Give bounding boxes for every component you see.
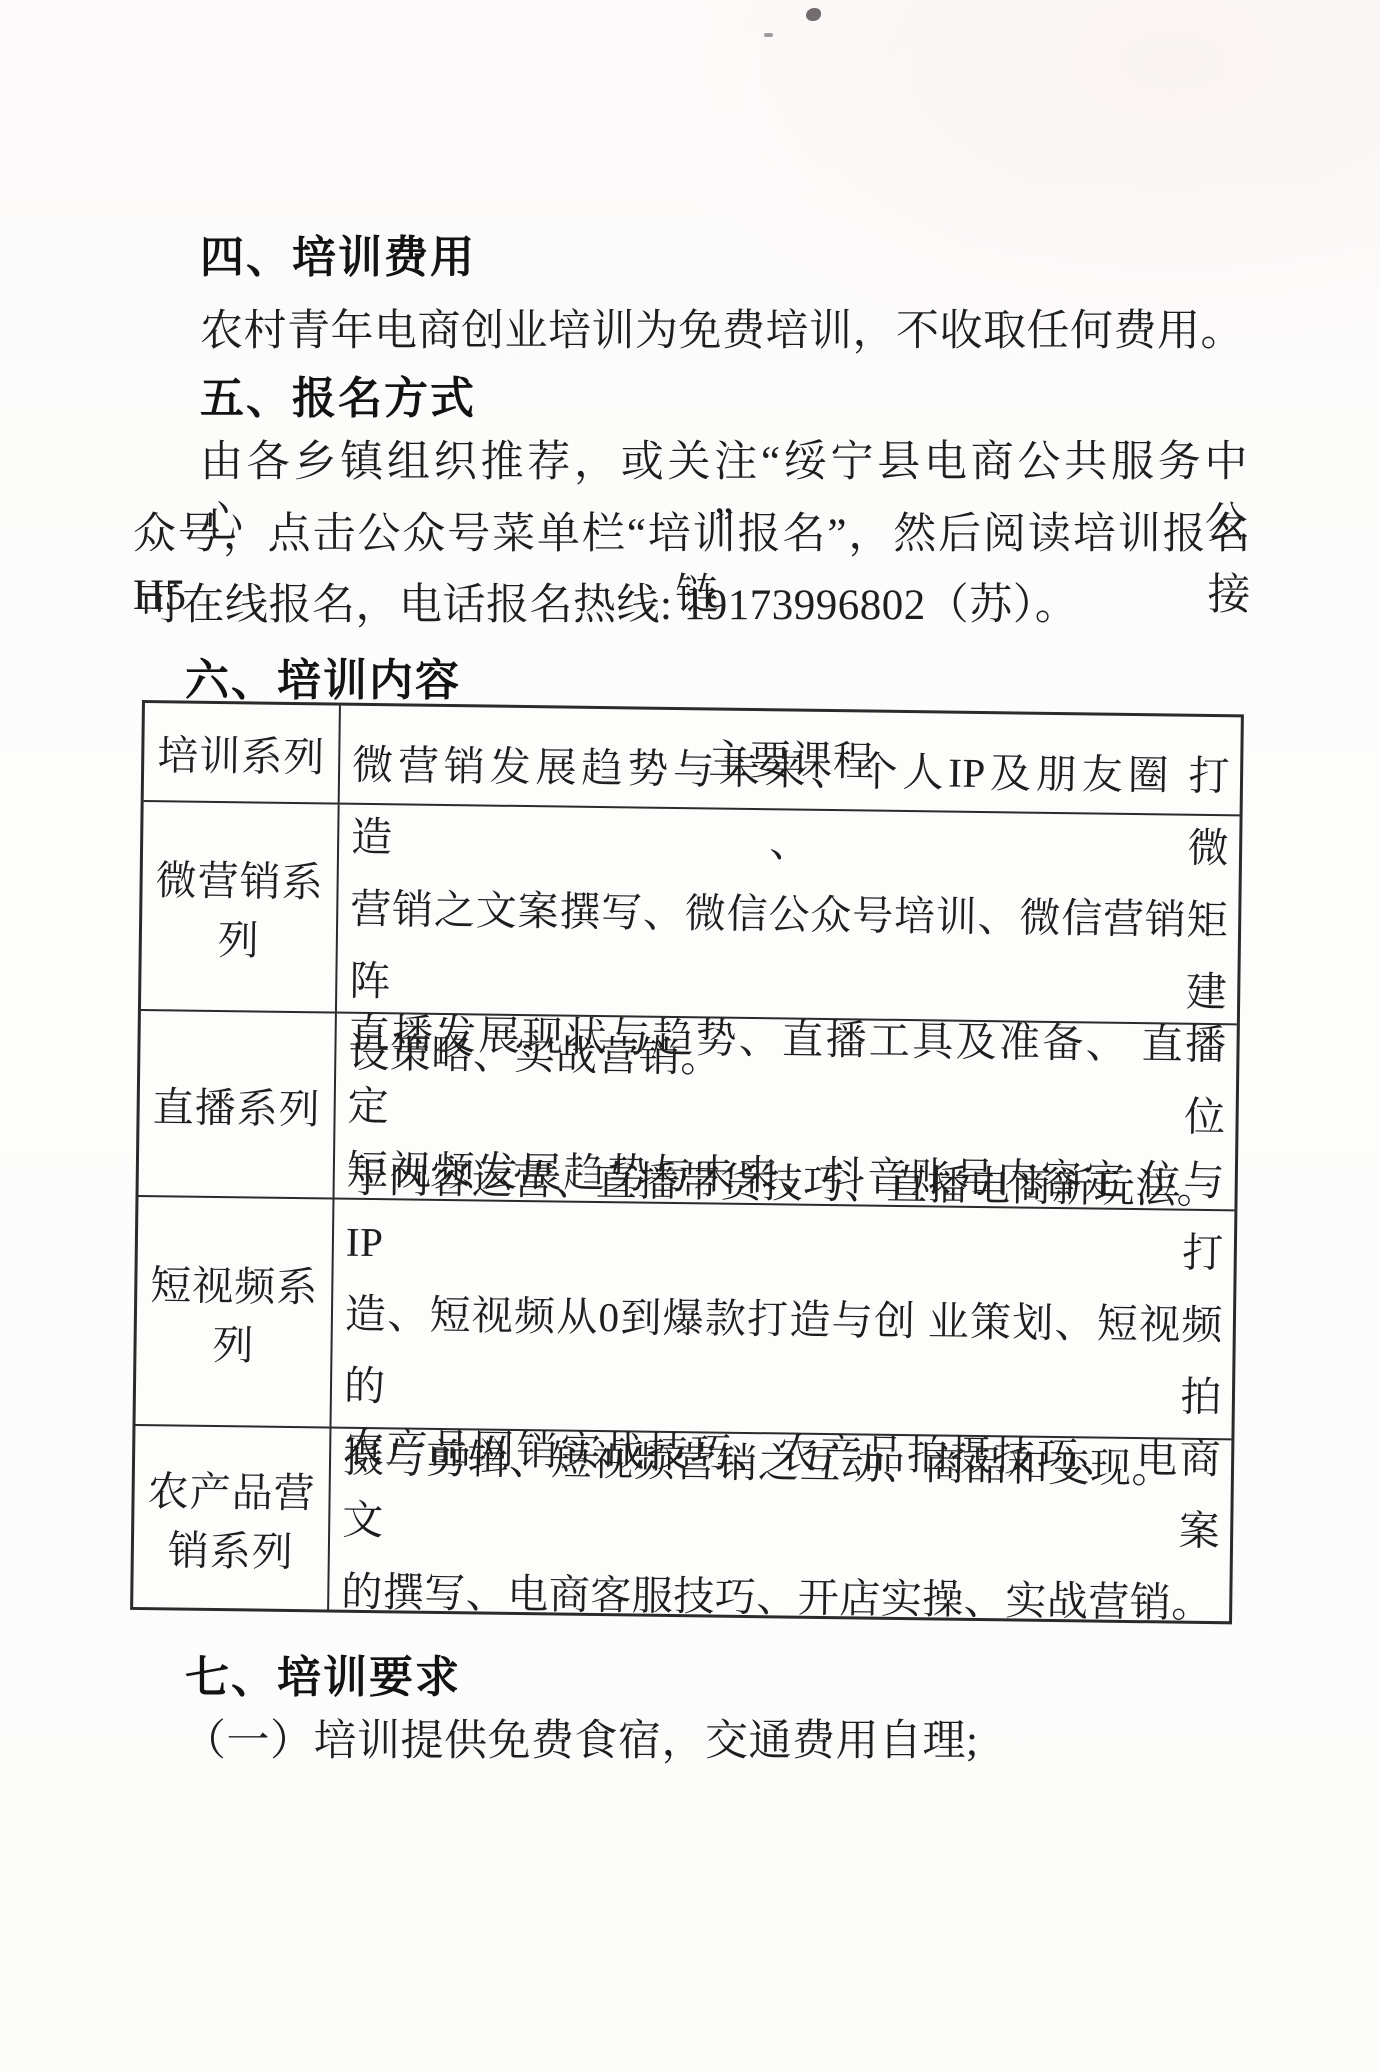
- course-line: 农产品网销实战技巧、农产品拍摄技巧、 电商文案: [342, 1411, 1222, 1566]
- series-cell: 微营销系列: [141, 802, 340, 1012]
- table-row: 微营销系列 微营销发展趋势与未来、个人IP及朋友圈 打造、微 营销之文案撰写、微…: [141, 800, 1240, 1023]
- scan-speck: [806, 8, 821, 21]
- table-row: 短视频系列 短视频发展趋势与未来、抖音账号内容定 位与IP打 造、短视频从0到爆…: [136, 1195, 1235, 1438]
- course-line: 微营销发展趋势与未来、个人IP及朋友圈 打造、微: [351, 728, 1231, 883]
- course-line: 短视频发展趋势与未来、抖音账号内容定 位与IP打: [345, 1133, 1225, 1288]
- courses-cell: 微营销发展趋势与未来、个人IP及朋友圈 打造、微 营销之文案撰写、微信公众号培训…: [337, 805, 1240, 1024]
- section-5-line-3: 可在线报名，电话报名热线: 19173996802（苏）。: [138, 571, 1078, 632]
- section-6-heading: 六、培训内容: [185, 644, 461, 708]
- scanned-document-page: { "doc": { "sec4_heading": "四、培训费用", "se…: [0, 0, 1380, 2072]
- series-cell: 直播系列: [139, 1011, 337, 1198]
- section-7-heading: 七、培训要求: [185, 1641, 461, 1705]
- courses-cell: 农产品网销实战技巧、农产品拍摄技巧、 电商文案 的撰写、电商客服技巧、开店实操、…: [329, 1429, 1231, 1622]
- course-line: 造、短视频从0到爆款打造与创 业策划、短视频的拍: [344, 1277, 1224, 1432]
- series-cell: 短视频系列: [136, 1197, 335, 1427]
- series-cell: 农产品营销系列: [133, 1426, 331, 1610]
- scan-speck: [764, 33, 773, 37]
- column-header-series: 培训系列: [144, 703, 341, 803]
- section-5-heading: 五、报名方式: [200, 362, 476, 426]
- section-4-heading: 四、培训费用: [200, 221, 476, 285]
- courses-cell: 短视频发展趋势与未来、抖音账号内容定 位与IP打 造、短视频从0到爆款打造与创 …: [332, 1200, 1235, 1439]
- table-row: 农产品营销系列 农产品网销实战技巧、农产品拍摄技巧、 电商文案 的撰写、电商客服…: [133, 1424, 1231, 1621]
- course-line: 直播发展现状与趋势、直播工具及准备、 直播定位: [347, 998, 1227, 1153]
- course-line: 的撰写、电商客服技巧、开店实操、实战营销。: [341, 1555, 1220, 1638]
- section-4-paragraph: 农村青年电商创业培训为免费培训，不收取任何费用。: [200, 297, 1244, 358]
- training-content-table: 培训系列 主要课程 微营销系列 微营销发展趋势与未来、个人IP及朋友圈 打造、微…: [130, 700, 1244, 1624]
- section-7-paragraph: （一）培训提供免费食宿，交通费用自理;: [183, 1707, 978, 1768]
